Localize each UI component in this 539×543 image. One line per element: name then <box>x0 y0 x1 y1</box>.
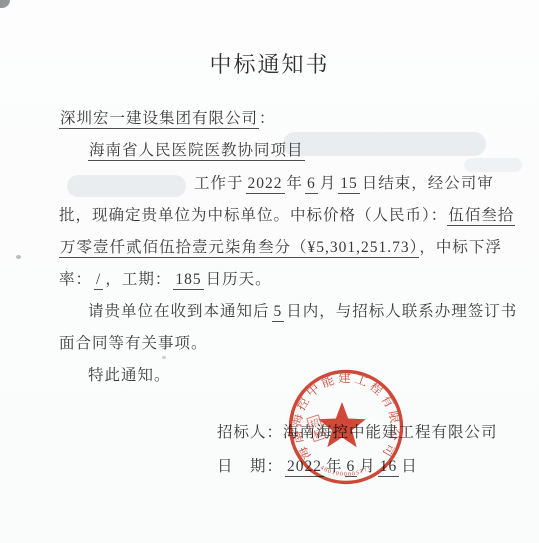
date-day: 16 <box>378 458 400 477</box>
date-line: 日 期：2022年6月16日 <box>217 457 418 477</box>
downrate-value: / <box>94 271 103 290</box>
redaction-blob <box>464 158 522 172</box>
closing-text: 特此通知。 <box>88 367 171 384</box>
project-line: 海南省人民医院医教协同项目 <box>88 141 305 161</box>
tenderer-name: 海南海控中能建工程有限公司 <box>283 424 498 441</box>
seal-company-ring-text: 海南海控中能建工程有限公司 <box>289 370 403 462</box>
text-segment: 月 <box>320 175 337 192</box>
date-year: 2022 <box>285 458 324 477</box>
project-name: 海南省人民医院医教协同项目 <box>88 142 305 161</box>
scan-artifact <box>162 356 166 359</box>
text-segment: 工作于 <box>194 175 244 192</box>
body-line-work-end: 工作于2022年6月15日结束，经公司审 <box>194 174 494 194</box>
recipient-company-name: 深圳宏一建设集团有限公司 <box>59 110 259 129</box>
closing-line: 特此通知。 <box>88 366 171 386</box>
tenderer-label: 招标人： <box>217 424 283 441</box>
recipient-colon: ： <box>259 110 276 127</box>
scanned-award-notice-page: 中标通知书 深圳宏一建设集团有限公司： 海南省人民医院医教协同项目 工作于202… <box>0 0 539 543</box>
text-segment: 年 <box>287 175 304 192</box>
month-value: 6 <box>305 175 318 194</box>
scan-artifact <box>16 255 21 259</box>
day-value: 15 <box>338 175 360 194</box>
redaction-blob <box>67 175 186 197</box>
text-segment: ，工期： <box>105 271 171 288</box>
text-segment: 请贵单位在收到本通知后 <box>88 303 270 320</box>
amount-words-part2: 万零壹仟贰佰伍拾壹元柒角叁分（¥5,301,251.73） <box>59 239 419 258</box>
year-value: 2022 <box>246 175 285 194</box>
document-title: 中标通知书 <box>0 48 539 79</box>
notice-line-2: 面合同等有关事项。 <box>59 334 208 354</box>
svg-text:海南海控中能建工程有限公司: 海南海控中能建工程有限公司 <box>289 370 403 462</box>
text-segment: 批，现确定贵单位为中标单位。中标价格（人民币）： <box>59 207 447 224</box>
reply-days-value: 5 <box>272 303 285 322</box>
text-segment: 日内，与招标人联系办理签订书 <box>286 303 517 320</box>
text-segment: 面合同等有关事项。 <box>59 335 208 352</box>
text-segment: 日 <box>401 458 418 475</box>
body-line-approval: 批，现确定贵单位为中标单位。中标价格（人民币）：伍佰叁拾 <box>59 206 515 226</box>
body-line-rate-duration: 率：/，工期：185日历天。 <box>59 270 272 290</box>
text-segment: 日结束，经公司审 <box>362 175 494 192</box>
recipient-line: 深圳宏一建设集团有限公司： <box>59 109 276 129</box>
duration-value: 185 <box>173 271 203 290</box>
text-segment: 月 <box>359 458 376 475</box>
text-segment: 年 <box>326 458 343 475</box>
text-segment: ，中标下浮 <box>419 239 502 256</box>
text-segment: 率： <box>59 271 92 288</box>
date-month: 6 <box>345 458 358 477</box>
redaction-blob <box>283 132 486 156</box>
text-segment: 日历天。 <box>206 271 272 288</box>
scan-artifact <box>0 0 10 8</box>
date-label: 日 期： <box>217 458 283 475</box>
notice-line-1: 请贵单位在收到本通知后5日内，与招标人联系办理签订书 <box>88 302 517 322</box>
amount-words-part1: 伍佰叁拾 <box>447 207 515 226</box>
body-line-amount: 万零壹仟贰佰伍拾壹元柒角叁分（¥5,301,251.73），中标下浮 <box>59 238 502 258</box>
tenderer-line: 招标人：海南海控中能建工程有限公司 <box>217 423 498 443</box>
